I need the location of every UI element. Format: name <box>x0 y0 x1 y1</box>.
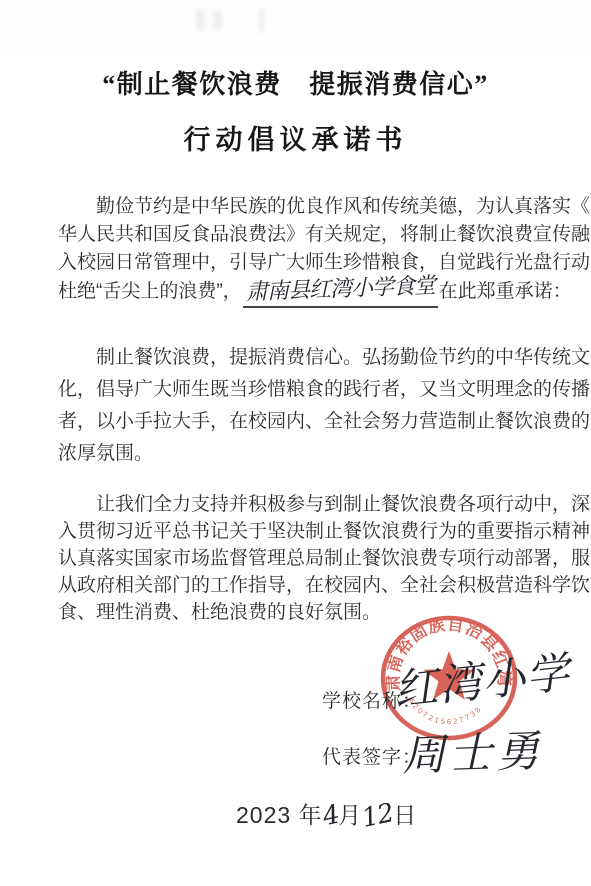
month-unit: 月 <box>338 802 362 828</box>
pledge-document-page: “制止餐饮浪费 提振消费信心” 行动倡议承诺书 勤俭节约是中华民族的优良作风和传… <box>0 0 591 886</box>
body-line: 化，倡导广大师生既当珍惜粮食的践行者，又当文明理念的传播 <box>58 374 532 406</box>
body-line: 让我们全力支持并积极参与到制止餐饮浪费各项行动中，深 <box>58 491 532 518</box>
handwritten-day: 12 <box>360 802 395 831</box>
body-line-with-blank: 杜绝“舌尖上的浪费”，肃南县红湾小学食堂在此郑重承诺： <box>58 277 532 305</box>
handwritten-signature: 周士勇 <box>401 718 544 784</box>
day-unit: 日 <box>393 802 417 828</box>
body-line: 浓厚氛围。 <box>58 438 532 470</box>
body-line: 认真落实国家市场监督管理总局制止餐饮浪费专项行动部署，服 <box>58 545 532 572</box>
document-title-line2: 行动倡议承诺书 <box>0 118 591 157</box>
body-line: 入贯彻习近平总书记关于坚决制止餐饮浪费行为的重要指示精神， <box>58 518 532 545</box>
scan-bleedthrough-mark <box>259 8 264 32</box>
handwritten-month: 4 <box>321 804 341 830</box>
date-line: 2023 年4月12日 <box>236 797 417 830</box>
body-line: 者，以小手拉大手，在校园内、全社会努力营造制止餐饮浪费的 <box>58 406 532 438</box>
scan-bleedthrough-mark <box>213 10 222 30</box>
body-line: 从政府相关部门的工作指导，在校园内、全社会积极营造科学饮 <box>58 572 532 599</box>
paragraph-action: 让我们全力支持并积极参与到制止餐饮浪费各项行动中，深 入贯彻习近平总书记关于坚决… <box>58 491 532 626</box>
body-line: 华人民共和国反食品浪费法》有关规定，将制止餐饮浪费宣传融 <box>58 221 532 249</box>
paragraph-opening: 勤俭节约是中华民族的优良作风和传统美德，为认真落实《中 华人民共和国反食品浪费法… <box>58 193 532 305</box>
date-year: 2023 年 <box>236 802 323 828</box>
handwritten-canteen-name: 肃南县红湾小学食堂 <box>245 273 435 308</box>
line-text-before-blank: 杜绝“舌尖上的浪费”， <box>58 281 242 302</box>
body-line: 入校园日常管理中，引导广大师生珍惜粮食，自觉践行光盘行动， <box>58 249 532 277</box>
body-line: 制止餐饮浪费，提振消费信心。弘扬勤俭节约的中华传统文 <box>58 342 532 374</box>
scan-bleedthrough-mark <box>196 9 205 31</box>
body-line: 勤俭节约是中华民族的优良作风和传统美德，为认真落实《中 <box>58 193 532 221</box>
paragraph-pledge: 制止餐饮浪费，提振消费信心。弘扬勤俭节约的中华传统文 化，倡导广大师生既当珍惜粮… <box>58 342 532 470</box>
fill-in-blank-underline: 肃南县红湾小学食堂 <box>243 277 438 308</box>
document-title-line1: “制止餐饮浪费 提振消费信心” <box>0 64 591 101</box>
line-text-after-blank: 在此郑重承诺： <box>439 281 572 302</box>
